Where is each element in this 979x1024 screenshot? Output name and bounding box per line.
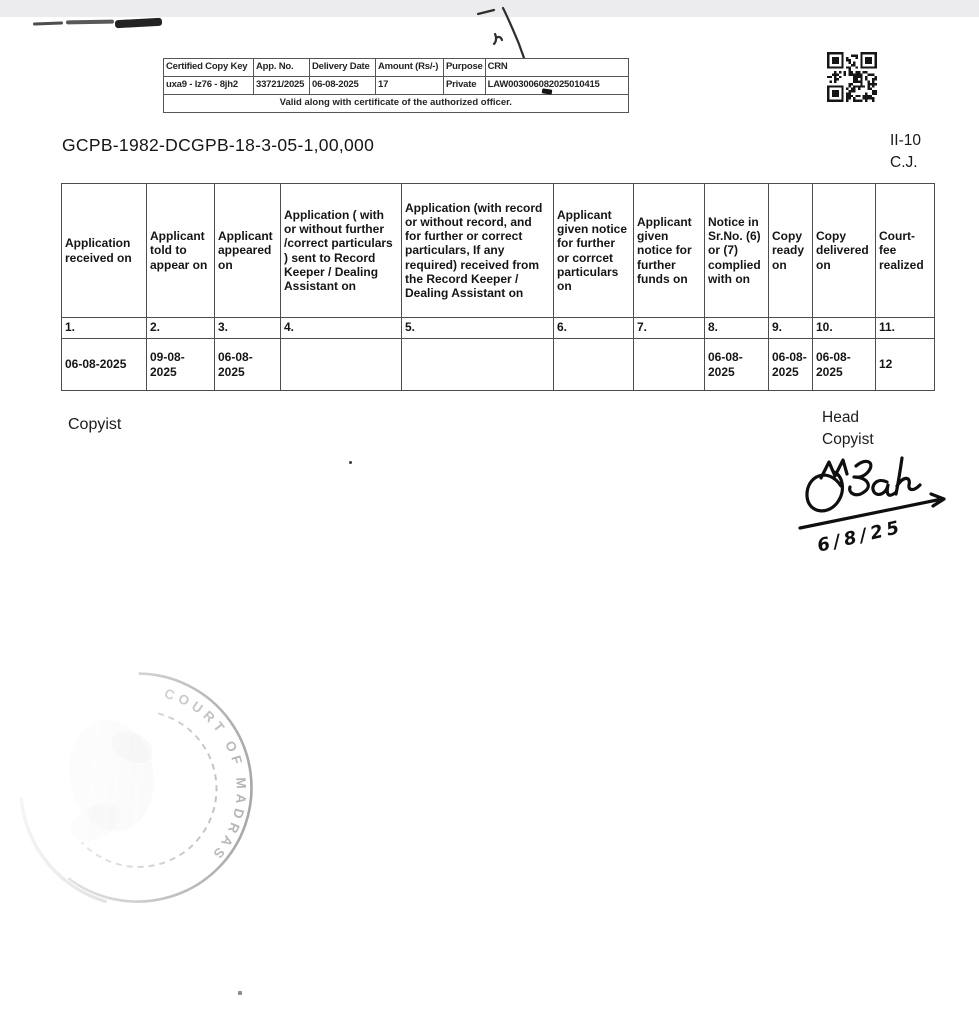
register-header-cell: Application (with record or without reco… <box>402 184 554 318</box>
register-value-cell: 06-08-2025 <box>215 339 281 391</box>
register-serial-cell: 3. <box>215 318 281 339</box>
cert-header-row: Certified Copy Key App. No. Delivery Dat… <box>164 59 629 77</box>
register-serial-cell: 4. <box>281 318 402 339</box>
register-header-cell: Copy ready on <box>769 184 813 318</box>
pen-scribble <box>470 2 540 62</box>
register-value-cell <box>281 339 402 391</box>
register-header-cell: Applicant given notice for further or co… <box>554 184 634 318</box>
register-serial-cell: 8. <box>705 318 769 339</box>
register-header-cell: Notice in Sr.No. (6) or (7) complied wit… <box>705 184 769 318</box>
register-header-cell: Application ( with or without further /c… <box>281 184 402 318</box>
scanned-document-page: Certified Copy Key App. No. Delivery Dat… <box>0 0 979 1024</box>
seal-arc-text: COURT OF MADRAS <box>149 686 258 867</box>
register-value-row: 06-08-2025 09-08-2025 06-08-2025 06-08-2… <box>62 339 935 391</box>
register-header-cell: Application received on <box>62 184 147 318</box>
corner-reference: II-10 C.J. <box>890 130 921 173</box>
register-serial-cell: 5. <box>402 318 554 339</box>
register-serial-cell: 11. <box>876 318 935 339</box>
corner-ref-line1: II-10 <box>890 130 921 152</box>
register-serial-cell: 7. <box>634 318 705 339</box>
handwritten-signature: 6/8/25 <box>790 446 979 561</box>
register-value-cell <box>402 339 554 391</box>
cert-value-row: uxa9 - lz76 - 8jh2 33721/2025 06-08-2025… <box>164 77 629 95</box>
register-serial-row: 1. 2. 3. 4. 5. 6. 7. 8. 9. 10. 11. <box>62 318 935 339</box>
court-seal: COURT OF MADRAS <box>0 655 277 932</box>
register-value-cell: 06-08-2025 <box>705 339 769 391</box>
cert-note-row: Valid along with certificate of the auth… <box>164 95 629 113</box>
register-header-cell: Court-fee realized <box>876 184 935 318</box>
svg-text:COURT OF MADRAS: COURT OF MADRAS <box>149 686 258 867</box>
cert-validity-note: Valid along with certificate of the auth… <box>164 95 629 113</box>
register-value-cell: 09-08-2025 <box>147 339 215 391</box>
corner-ref-line2: C.J. <box>890 152 921 174</box>
cert-header-cell: Certified Copy Key <box>164 59 254 77</box>
cert-value-cell: LAW003006082025010415 <box>485 77 628 95</box>
ink-dot <box>238 991 242 995</box>
register-serial-cell: 9. <box>769 318 813 339</box>
register-header-row: Application received on Applicant told t… <box>62 184 935 318</box>
qr-code-icon <box>827 52 877 102</box>
cert-header-cell: Delivery Date <box>310 59 376 77</box>
cert-value-cell: 06-08-2025 <box>310 77 376 95</box>
register-serial-cell: 10. <box>813 318 876 339</box>
certified-copy-table: Certified Copy Key App. No. Delivery Dat… <box>163 58 629 113</box>
document-code: GCPB-1982-DCGPB-18-3-05-1,00,000 <box>62 135 374 156</box>
register-serial-cell: 2. <box>147 318 215 339</box>
register-header-cell: Copy delivered on <box>813 184 876 318</box>
register-value-cell: 06-08-2025 <box>769 339 813 391</box>
register-value-cell <box>634 339 705 391</box>
copy-application-register-table: Application received on Applicant told t… <box>61 183 935 391</box>
ink-dot <box>349 461 352 464</box>
register-serial-cell: 6. <box>554 318 634 339</box>
register-header-cell: Applicant appeared on <box>215 184 281 318</box>
ink-smudge <box>115 18 162 28</box>
head-copyist-line1: Head <box>822 407 874 429</box>
ink-smudge <box>33 21 63 25</box>
register-value-cell: 12 <box>876 339 935 391</box>
cert-header-cell: Purpose <box>444 59 486 77</box>
register-value-cell <box>554 339 634 391</box>
cert-value-cell: Private <box>444 77 486 95</box>
cert-header-cell: Amount (Rs/-) <box>376 59 444 77</box>
register-value-cell: 06-08-2025 <box>62 339 147 391</box>
cert-value-cell: 33721/2025 <box>254 77 310 95</box>
register-value-cell: 06-08-2025 <box>813 339 876 391</box>
register-header-cell: Applicant told to appear on <box>147 184 215 318</box>
ink-smudge <box>66 20 114 25</box>
register-serial-cell: 1. <box>62 318 147 339</box>
copyist-label: Copyist <box>68 416 121 434</box>
cert-header-cell: CRN <box>485 59 628 77</box>
cert-value-cell: 17 <box>376 77 444 95</box>
cert-header-cell: App. No. <box>254 59 310 77</box>
register-header-cell: Applicant given notice for further funds… <box>634 184 705 318</box>
cert-value-cell: uxa9 - lz76 - 8jh2 <box>164 77 254 95</box>
